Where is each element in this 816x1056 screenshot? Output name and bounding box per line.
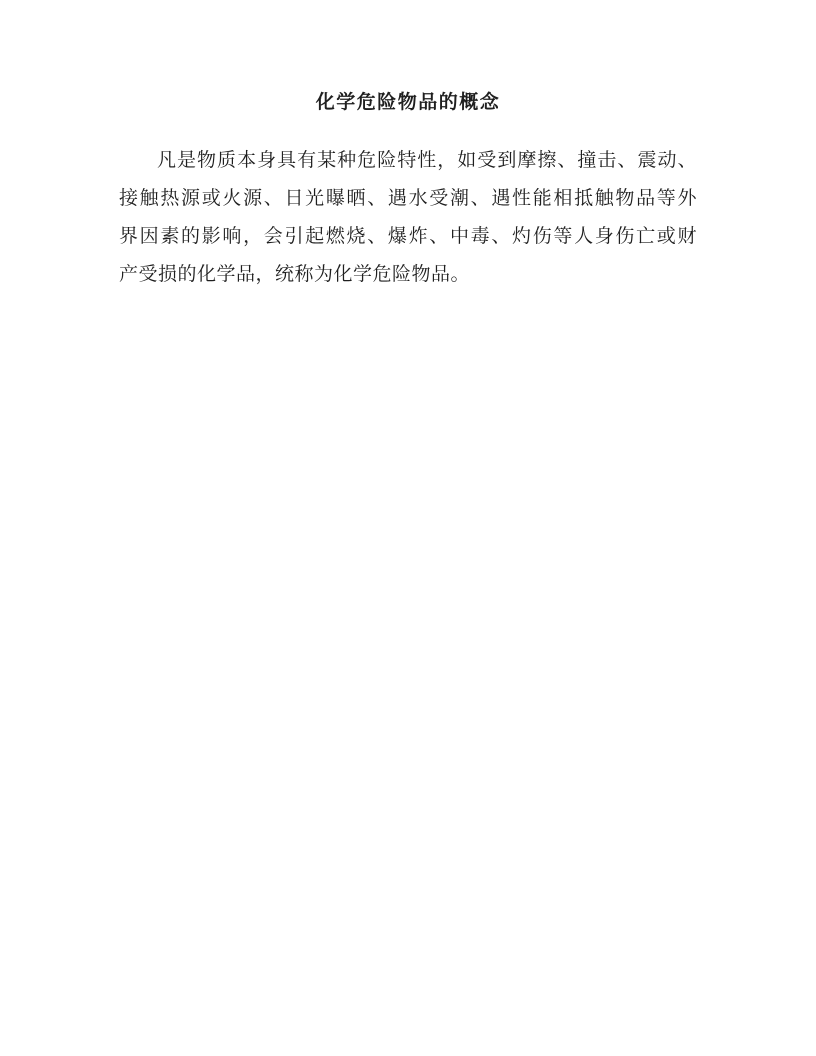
paragraph-line: 接触热源或火源、日光曝晒、遇水受潮、遇性能相抵触物品等外 <box>119 180 697 218</box>
paragraph-line: 凡是物质本身具有某种危险特性，如受到摩擦、撞击、震动、 <box>119 142 697 180</box>
document-title: 化学危险物品的概念 <box>119 88 697 118</box>
document-page: 化学危险物品的概念 凡是物质本身具有某种危险特性，如受到摩擦、撞击、震动、 接触… <box>0 0 816 1056</box>
paragraph-line: 产受损的化学品，统称为化学危险物品。 <box>119 256 697 294</box>
body-paragraph: 凡是物质本身具有某种危险特性，如受到摩擦、撞击、震动、 接触热源或火源、日光曝晒… <box>119 142 697 294</box>
paragraph-line: 界因素的影响，会引起燃烧、爆炸、中毒、灼伤等人身伤亡或财 <box>119 218 697 256</box>
